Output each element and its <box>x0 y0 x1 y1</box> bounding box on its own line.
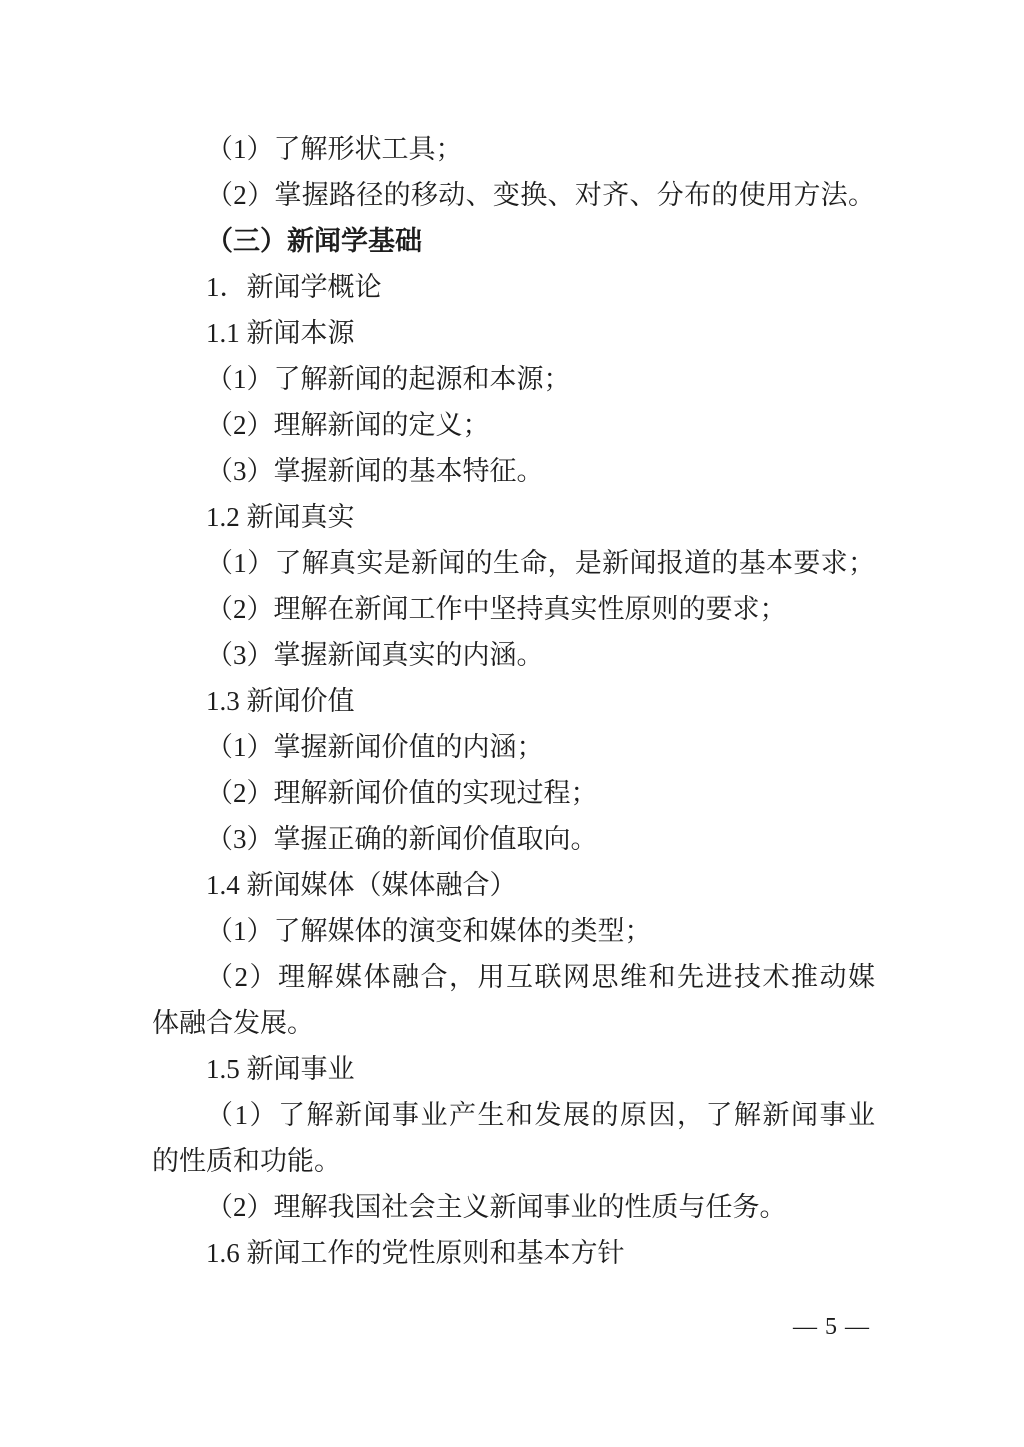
text-line: 1.2 新闻真实 <box>152 494 875 540</box>
text-line: （1）了解媒体的演变和媒体的类型； <box>152 908 875 954</box>
text-line: 1.1 新闻本源 <box>152 310 875 356</box>
text-line: （2）掌握路径的移动、变换、对齐、分布的使用方法。 <box>152 172 875 218</box>
text-line: （1）了解新闻事业产生和发展的原因，了解新闻事业 <box>152 1092 875 1138</box>
document-text-block: （1）了解形状工具；（2）掌握路径的移动、变换、对齐、分布的使用方法。（三）新闻… <box>152 126 875 1276</box>
text-line: （2）理解新闻的定义； <box>152 402 875 448</box>
page-number: — 5 — <box>793 1312 870 1342</box>
text-line: （3）掌握新闻的基本特征。 <box>152 448 875 494</box>
text-line: 1．新闻学概论 <box>152 264 875 310</box>
document-page: （1）了解形状工具；（2）掌握路径的移动、变换、对齐、分布的使用方法。（三）新闻… <box>0 0 1024 1447</box>
text-line: （2）理解新闻价值的实现过程； <box>152 770 875 816</box>
text-line: （3）掌握新闻真实的内涵。 <box>152 632 875 678</box>
text-line: 体融合发展。 <box>152 1000 875 1046</box>
text-line: 的性质和功能。 <box>152 1138 875 1184</box>
text-line: （1）掌握新闻价值的内涵； <box>152 724 875 770</box>
text-line: 1.4 新闻媒体（媒体融合） <box>152 862 875 908</box>
text-line: （2）理解媒体融合，用互联网思维和先进技术推动媒 <box>152 954 875 1000</box>
text-line: （2）理解在新闻工作中坚持真实性原则的要求； <box>152 586 875 632</box>
text-line: 1.6 新闻工作的党性原则和基本方针 <box>152 1230 875 1276</box>
text-line: （三）新闻学基础 <box>152 218 875 264</box>
text-line: （1）了解形状工具； <box>152 126 875 172</box>
text-line: 1.3 新闻价值 <box>152 678 875 724</box>
text-line: （1）了解新闻的起源和本源； <box>152 356 875 402</box>
text-line: （2）理解我国社会主义新闻事业的性质与任务。 <box>152 1184 875 1230</box>
text-line: （1）了解真实是新闻的生命，是新闻报道的基本要求； <box>152 540 875 586</box>
text-line: 1.5 新闻事业 <box>152 1046 875 1092</box>
text-line: （3）掌握正确的新闻价值取向。 <box>152 816 875 862</box>
